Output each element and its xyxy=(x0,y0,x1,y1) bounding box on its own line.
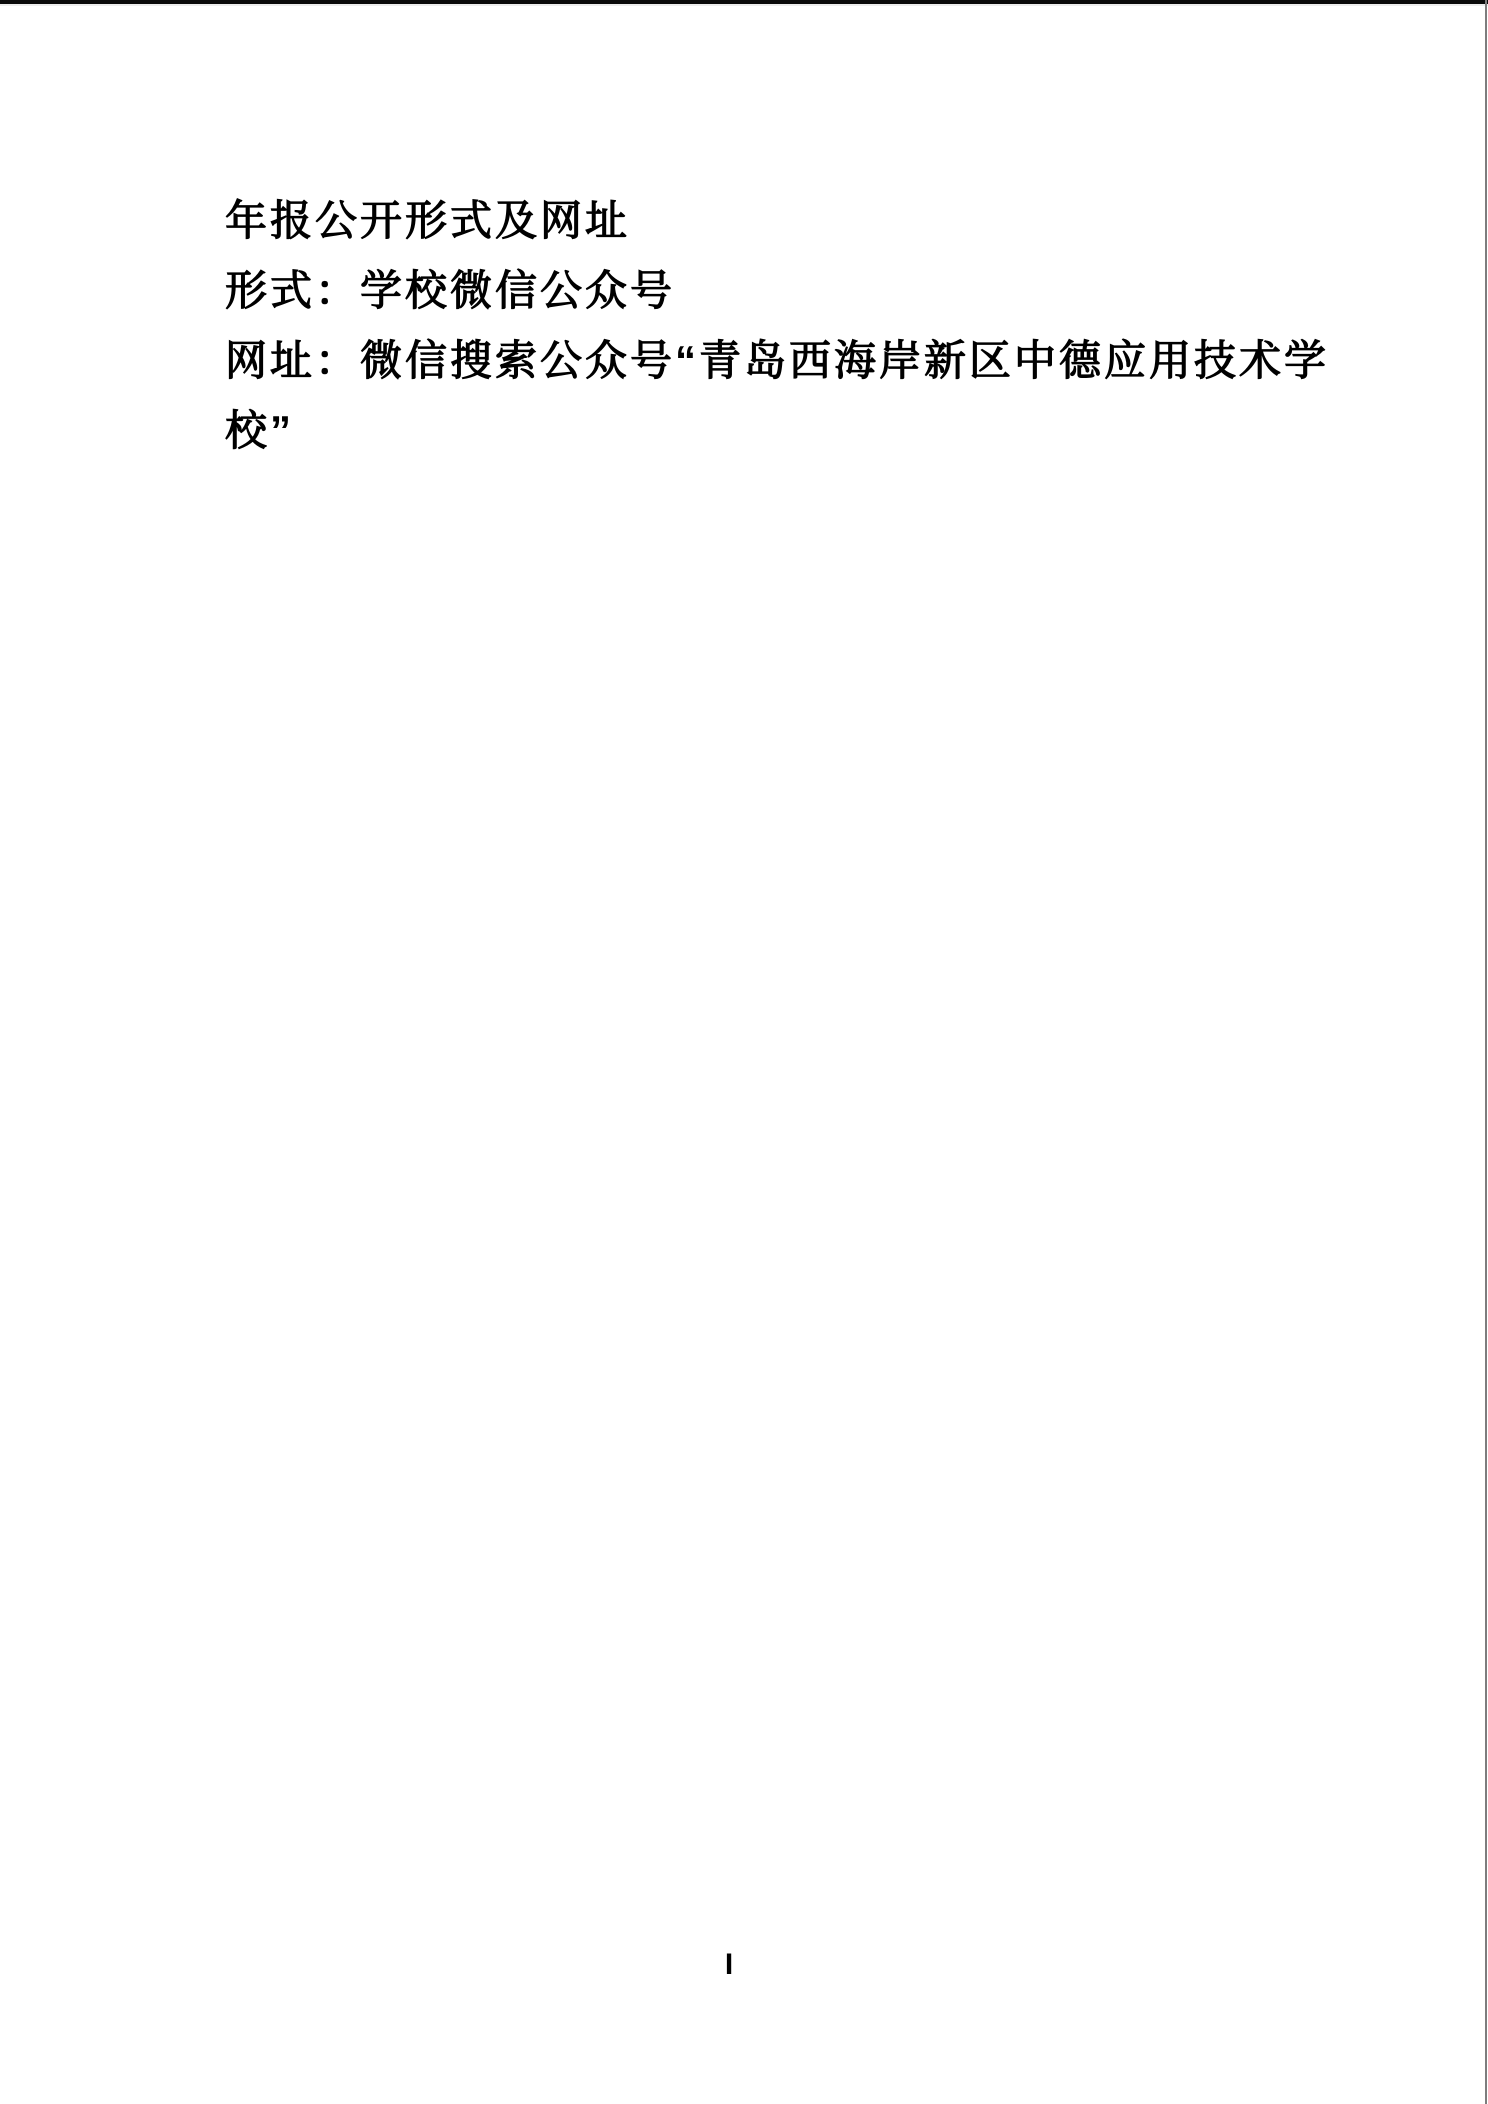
page-right-edge xyxy=(1485,0,1487,2104)
page-top-edge-shadow xyxy=(0,4,1488,6)
document-body-text: 年报公开形式及网址 形式：学校微信公众号 网址：微信搜索公众号“青岛西海岸新区中… xyxy=(225,186,1335,466)
page-footer: I xyxy=(0,1948,1458,1982)
report-publication-heading: 年报公开形式及网址 xyxy=(225,186,1335,256)
page-number: I xyxy=(725,1948,733,1982)
publication-url-line: 网址：微信搜索公众号“青岛西海岸新区中德应用技术学 xyxy=(225,326,1335,396)
document-page: 年报公开形式及网址 形式：学校微信公众号 网址：微信搜索公众号“青岛西海岸新区中… xyxy=(0,0,1488,2104)
publication-form-line: 形式：学校微信公众号 xyxy=(225,256,1335,326)
publication-url-line-continued: 校” xyxy=(225,396,1335,466)
